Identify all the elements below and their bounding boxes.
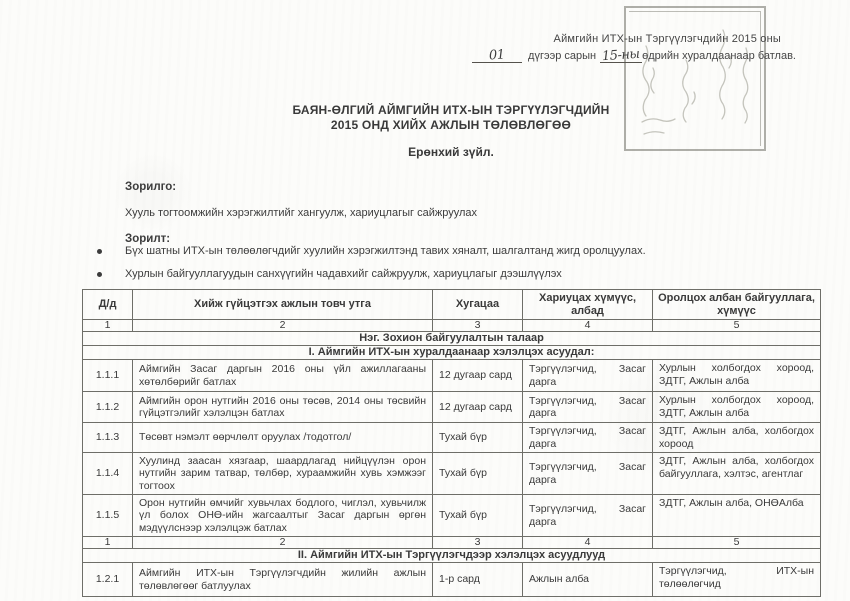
header-cell-responsible: Хариуцах хүмүүс, албад (523, 290, 653, 320)
row-task: Аймгийн ИТХ-ын Тэргүүлэгчдийн жилийн ажл… (133, 563, 433, 597)
plan-table: Д/д Хийж гүйцэтгэх ажлын товч утга Хугац… (82, 289, 821, 597)
handwritten-day-blank: 15-ны (600, 50, 642, 63)
row-time: Тухай бүр (433, 423, 523, 453)
objectives-label: Зорилт: (125, 233, 170, 245)
document-title: БАЯН-ӨЛГИЙ АЙМГИЙН ИТХ-ЫН ТЭРГҮҮЛЭГЧДИЙН… (82, 103, 820, 133)
bullet-icon (97, 249, 102, 254)
subsection-row: I. Аймгийн ИТХ-ын хуралдаанаар хэлэлцэх … (83, 346, 821, 360)
objective-item: Бүх шатны ИТХ-ын төлөөлөгчдийг хуулийн х… (97, 245, 797, 257)
objective-item: Хурлын байгууллагуудын санхүүгийн чадавх… (97, 268, 797, 280)
row-number: 1.1.3 (83, 423, 133, 453)
column-number: 2 (133, 320, 433, 332)
column-number: 4 (523, 537, 653, 549)
subsection-row: II. Аймгийн ИТХ-ын Тэргүүлэгчдээр хэлэлц… (83, 549, 821, 563)
approval-line1: Аймгийн ИТХ-ын Тэргүүлэгчдийн 2015 оны (438, 31, 796, 48)
row-number: 1.1.4 (83, 453, 133, 495)
row-time: 12 дугаар сард (433, 392, 523, 423)
approval-line2-middle: дүгээр сарын (528, 50, 596, 62)
header-cell-participants: Оролцох албан байгууллага, хүмүүс (653, 290, 821, 320)
section-row: Нэг. Зохион байгуулалтын талаар (83, 332, 821, 346)
column-number: 3 (433, 320, 523, 332)
row-participants: ЗДТГ, Ажлын алба, ОНӨАлба (653, 495, 821, 537)
row-participants: ЗДТГ, Ажлын алба, холбогдох хороод (653, 423, 821, 453)
header-cell-time: Хугацаа (433, 290, 523, 320)
table-row: 1.1.3 Төсөвт нэмэлт өөрчлөлт оруулах /то… (83, 423, 821, 453)
row-responsible: Тэргүүлэгчид, Засаг дарга (523, 423, 653, 453)
header-cell-no: Д/д (83, 290, 133, 320)
row-task: Төсөвт нэмэлт өөрчлөлт оруулах /тодотгол… (133, 423, 433, 453)
column-number-row: 1 2 3 4 5 (83, 537, 821, 549)
general-section-heading: Ерөнхий зүйл. (82, 145, 820, 159)
row-time: 12 дугаар сард (433, 360, 523, 392)
row-task: Орон нутгийн өмчийг хувьчлах бодлого, чи… (133, 495, 433, 537)
row-task: Аймгийн орон нутгийн 2016 оны төсөв, 201… (133, 392, 433, 423)
row-number: 1.1.5 (83, 495, 133, 537)
row-time: Тухай бүр (433, 453, 523, 495)
column-number: 5 (653, 320, 821, 332)
objective-item-text: Бүх шатны ИТХ-ын төлөөлөгчдийг хуулийн х… (125, 245, 646, 257)
objectives-list: Бүх шатны ИТХ-ын төлөөлөгчдийг хуулийн х… (97, 245, 797, 291)
row-responsible: Тэргүүлэгчид, Засаг дарга (523, 392, 653, 423)
document-title-line1: БАЯН-ӨЛГИЙ АЙМГИЙН ИТХ-ЫН ТЭРГҮҮЛЭГЧДИЙН (82, 103, 820, 118)
column-number: 3 (433, 537, 523, 549)
scanned-document-page: Аймгийн ИТХ-ын Тэргүүлэгчдийн 2015 оны 0… (0, 0, 850, 601)
column-number-row: 1 2 3 4 5 (83, 320, 821, 332)
row-participants: Хурлын холбогдох хороод, ЗДТГ, Ажлын алб… (653, 360, 821, 392)
approval-note: Аймгийн ИТХ-ын Тэргүүлэгчдийн 2015 оны 0… (438, 31, 796, 65)
goal-label: Зорилго: (125, 181, 176, 193)
row-number: 1.2.1 (83, 563, 133, 597)
row-responsible: Тэргүүлэгчид, Засаг дарга (523, 360, 653, 392)
row-number: 1.1.1 (83, 360, 133, 392)
table-row: 1.2.1 Аймгийн ИТХ-ын Тэргүүлэгчдийн жили… (83, 563, 821, 597)
row-task: Хуулинд заасан хязгаар, шаардлагад нийцү… (133, 453, 433, 495)
table-row: 1.1.1 Аймгийн Засаг даргын 2016 оны үйл … (83, 360, 821, 392)
table-row: 1.1.4 Хуулинд заасан хязгаар, шаардлагад… (83, 453, 821, 495)
table-row: 1.1.2 Аймгийн орон нутгийн 2016 оны төсө… (83, 392, 821, 423)
document-title-line2: 2015 ОНД ХИЙХ АЖЛЫН ТӨЛӨВЛӨГӨӨ (82, 118, 820, 133)
row-number: 1.1.2 (83, 392, 133, 423)
bullet-icon (97, 272, 102, 277)
handwritten-month: 01 (489, 49, 505, 62)
header-cell-task: Хийж гүйцэтгэх ажлын товч утга (133, 290, 433, 320)
handwritten-month-blank: 01 (472, 50, 522, 63)
objective-item-text: Хурлын байгууллагуудын санхүүгийн чадавх… (125, 268, 562, 280)
row-participants: Хурлын холбогдох хороод, ЗДТГ, Ажлын алб… (653, 392, 821, 423)
table-header-row: Д/д Хийж гүйцэтгэх ажлын товч утга Хугац… (83, 290, 821, 320)
approval-line2: 01дүгээр сарын15-ныөдрийн хуралдаанаар б… (438, 48, 796, 65)
row-task: Аймгийн Засаг даргын 2016 оны үйл ажилла… (133, 360, 433, 392)
row-time: Тухай бүр (433, 495, 523, 537)
row-responsible: Тэргүүлэгчид, Засаг дарга (523, 495, 653, 537)
handwritten-day: 15-ны (602, 49, 640, 64)
column-number: 1 (83, 320, 133, 332)
column-number: 4 (523, 320, 653, 332)
column-number: 5 (653, 537, 821, 549)
table-row: 1.1.5 Орон нутгийн өмчийг хувьчлах бодло… (83, 495, 821, 537)
subsection-title: II. Аймгийн ИТХ-ын Тэргүүлэгчдээр хэлэлц… (83, 549, 821, 563)
column-number: 2 (133, 537, 433, 549)
row-responsible: Тэргүүлэгчид, Засаг дарга (523, 453, 653, 495)
approval-line2-end: өдрийн хуралдаанаар батлав. (642, 50, 796, 62)
subsection-title: I. Аймгийн ИТХ-ын хуралдаанаар хэлэлцэх … (83, 346, 821, 360)
section-title: Нэг. Зохион байгуулалтын талаар (83, 332, 821, 346)
row-time: 1-р сард (433, 563, 523, 597)
row-participants: Тэргүүлэгчид, ИТХ-ын төлөөлөгчид (653, 563, 821, 597)
row-responsible: Ажлын алба (523, 563, 653, 597)
goal-text: Хууль тогтоомжийн хэрэгжилтийг хангуулж,… (125, 207, 477, 219)
row-participants: ЗДТГ, Ажлын алба, холбогдох байгууллага,… (653, 453, 821, 495)
column-number: 1 (83, 537, 133, 549)
